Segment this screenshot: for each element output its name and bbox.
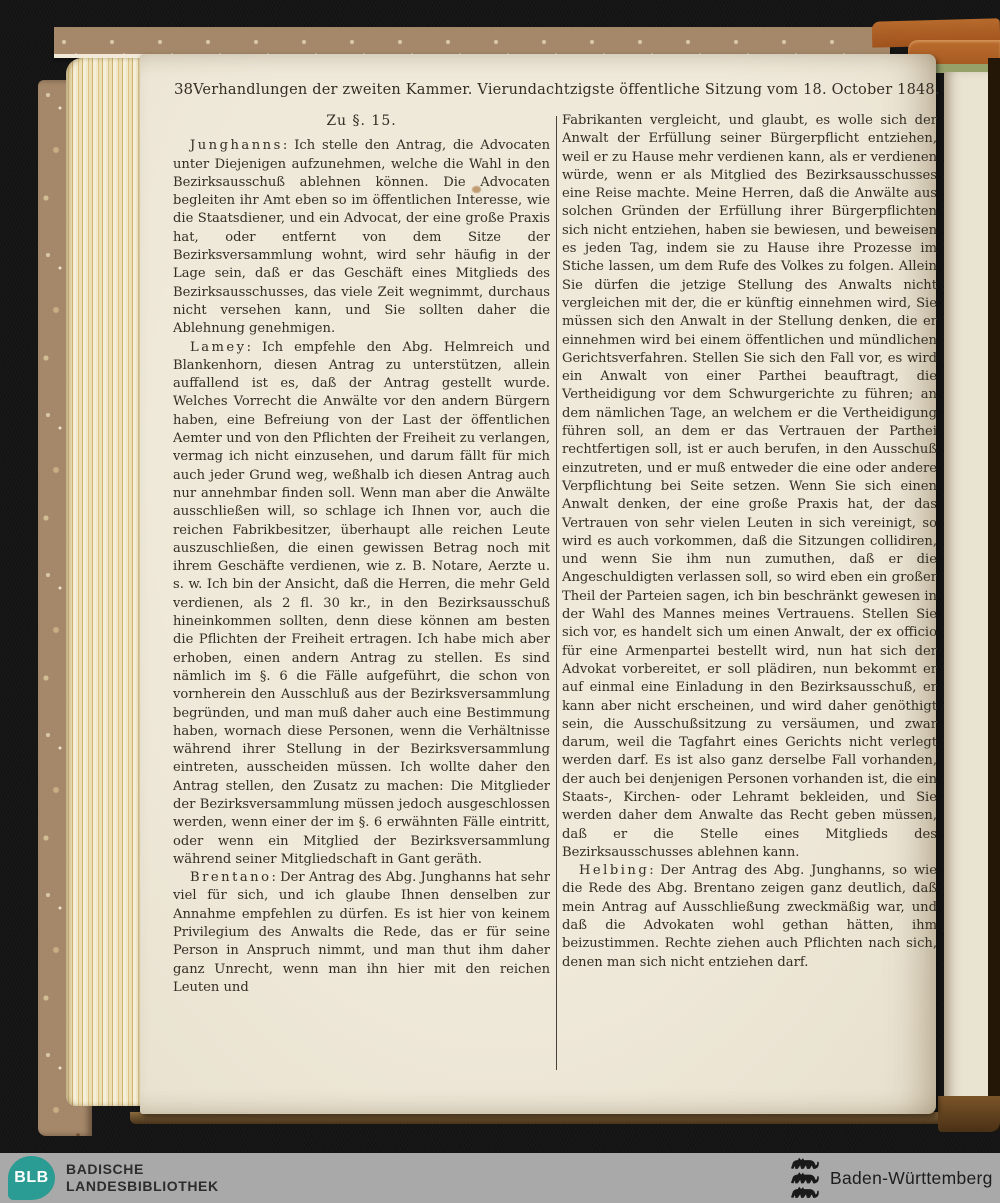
paragraph-brentano-continued: Fabrikanten vergleicht, und glaubt, es w… xyxy=(562,112,937,862)
speaker-separator: : xyxy=(247,340,263,355)
paragraph-text: Ich empfehle den Abg. Helmreich und Blan… xyxy=(173,340,550,867)
page-header: 38 Verhandlungen der zweiten Kammer. Vie… xyxy=(174,80,904,98)
paragraph-text: Der Antrag des Abg. Junghanns, so wie di… xyxy=(562,863,937,969)
speaker-name: Helbing xyxy=(579,863,649,878)
paragraph-text: Fabrikanten vergleicht, und glaubt, es w… xyxy=(562,113,937,860)
branding-bar: BLB BADISCHE LANDESBIBLIOTHEK Baden-Würt… xyxy=(0,1153,1000,1203)
section-heading: Zu §. 15. xyxy=(173,112,550,130)
book-cover-bottom-right-corner xyxy=(938,1096,1000,1132)
speaker-separator: : xyxy=(649,863,660,878)
paragraph-brentano: Brentano: Der Antrag des Abg. Junghanns … xyxy=(173,869,550,997)
right-column: Fabrikanten vergleicht, und glaubt, es w… xyxy=(562,112,937,1096)
left-column: Zu §. 15. Junghanns: Ich stelle den Antr… xyxy=(173,112,550,1096)
paragraph-text: Ich stelle den Antrag, die Advocaten unt… xyxy=(173,138,550,336)
paragraph-lamey: Lamey: Ich empfehle den Abg. Helmreich u… xyxy=(173,339,550,870)
state-branding: Baden-Württemberg xyxy=(790,1153,993,1203)
book-page: 38 Verhandlungen der zweiten Kammer. Vie… xyxy=(140,54,936,1114)
paragraph-text: Der Antrag des Abg. Junghanns hat sehr v… xyxy=(173,870,550,995)
paragraph-helbing: Helbing: Der Antrag des Abg. Junghanns, … xyxy=(562,862,937,972)
state-name: Baden-Württemberg xyxy=(830,1168,993,1189)
speaker-name: Lamey xyxy=(190,340,247,355)
blb-logo: BLB xyxy=(8,1156,55,1200)
running-title: Verhandlungen der zweiten Kammer. Vierun… xyxy=(193,82,966,98)
book-cover-right-edge xyxy=(988,58,1000,1130)
page-number: 38 xyxy=(174,80,193,98)
paragraph-junghanns: Junghanns: Ich stelle den Antrag, die Ad… xyxy=(173,137,550,338)
bw-coat-of-arms-icon xyxy=(790,1156,819,1200)
library-name: BADISCHE LANDESBIBLIOTHEK xyxy=(66,1161,219,1195)
library-name-line2: LANDESBIBLIOTHEK xyxy=(66,1178,219,1195)
column-divider xyxy=(556,116,557,1070)
speaker-separator: : xyxy=(283,138,294,153)
facing-page-edge xyxy=(944,72,988,1110)
speaker-name: Brentano xyxy=(190,870,271,885)
blb-logo-text: BLB xyxy=(14,1169,48,1187)
page-block-fore-edge xyxy=(66,58,142,1106)
speaker-name: Junghanns xyxy=(190,138,283,153)
speaker-separator: : xyxy=(271,870,280,885)
library-name-line1: BADISCHE xyxy=(66,1161,219,1178)
text-area: Zu §. 15. Junghanns: Ich stelle den Antr… xyxy=(173,112,937,1096)
